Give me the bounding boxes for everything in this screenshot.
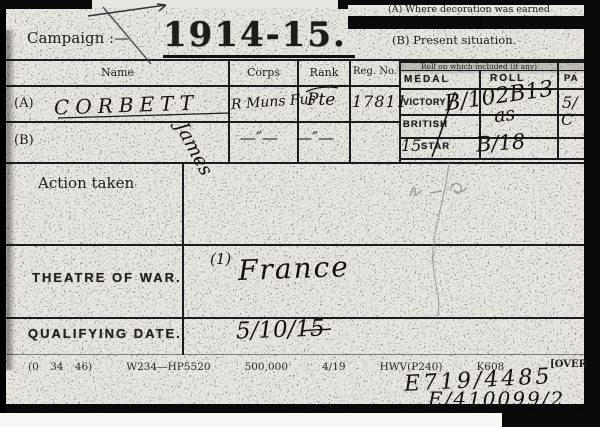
- over-label: [OVER: [550, 359, 587, 370]
- corps-ditto-mark: —″—: [240, 128, 278, 147]
- theatre-of-war-label: THEATRE OF WAR.: [32, 270, 182, 285]
- table-line: [6, 244, 584, 246]
- table-line: [6, 85, 400, 87]
- rank-ditto-mark: —″—: [296, 128, 334, 147]
- decoration-earned-note: (A) Where decoration was earned: [388, 4, 550, 15]
- star-medal-label: STAR: [421, 141, 450, 152]
- scan-background-strip: [0, 413, 502, 427]
- british-roll-ditto-handwritten: as: [493, 103, 517, 128]
- column-header-reg-no: Reg. No.: [350, 66, 400, 77]
- theatre-value-handwritten: France: [237, 250, 350, 287]
- table-line: [6, 354, 584, 355]
- british-medal-label: BRITISH: [403, 119, 448, 130]
- present-situation-note: (B) Present situation.: [392, 33, 516, 47]
- table-line: [6, 121, 400, 123]
- star-prefix-handwritten: 15: [401, 136, 421, 155]
- page-column-header: PA: [564, 73, 579, 84]
- reg-no-handwritten: 17811: [352, 92, 408, 111]
- qualifying-date-handwritten: 5/10/15: [236, 315, 326, 344]
- paper-top-edge-notch: [92, 0, 338, 9]
- row-a-label: (A): [14, 96, 34, 111]
- column-header-rank: Rank: [298, 66, 350, 79]
- campaign-label: Campaign :—: [27, 29, 129, 47]
- right-border-bar: [584, 0, 600, 418]
- reference-number-2-handwritten: E/410099/2: [428, 387, 565, 411]
- british-page-handwritten: C: [561, 110, 573, 129]
- rank-handwritten: Pte: [307, 90, 335, 110]
- table-line: [182, 163, 184, 355]
- table-line: [6, 162, 584, 164]
- qualifying-date-label: QUALIFYING DATE.: [28, 326, 182, 341]
- star-roll-handwritten: B/18: [475, 129, 526, 156]
- theatre-number-handwritten: (1): [210, 250, 231, 268]
- action-taken-label: Action taken: [38, 174, 134, 192]
- column-header-name: Name: [6, 66, 229, 79]
- column-header-corps: Corps: [229, 66, 298, 79]
- row-b-label: (B): [14, 133, 34, 148]
- scan-black-strip: [348, 16, 586, 29]
- medal-index-card-scan: Campaign :— 1914-15. (A) Where decoratio…: [0, 0, 600, 427]
- victory-medal-label: VICTORY: [403, 97, 446, 107]
- surname-handwritten: CORBETT: [54, 90, 200, 119]
- medal-roll-caption: Roll on which included (if any): [402, 62, 556, 71]
- medal-column-header: MEDAL: [404, 74, 450, 85]
- medal-table-line: [557, 62, 559, 160]
- campaign-title: 1914-15.: [163, 15, 355, 58]
